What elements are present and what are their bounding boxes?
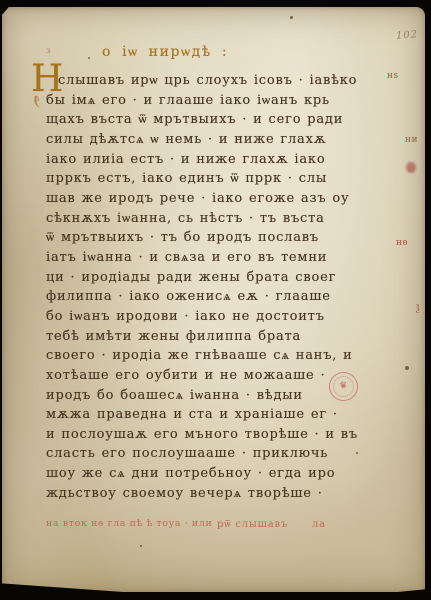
margin-section-number: нѳ <box>396 238 408 248</box>
manuscript-line: іако илиіа естъ · и ниже глахѫ іако <box>46 150 376 170</box>
left-margin-mark: з <box>35 94 40 103</box>
margin-section-number: нѕ <box>387 71 399 81</box>
manuscript-line: хотѣаше его оубити и не можааше · <box>46 366 376 386</box>
manuscript-line: и послоушаѫ его мъного творѣше · и въ <box>46 425 376 445</box>
margin-section-number: ни <box>405 135 418 145</box>
manuscript-line: силы дѣѫтсѧ ѡ немь · и ниже глахѫ <box>46 130 376 150</box>
manuscript-line: шав же иродъ рече · іако егоже азъ оу <box>46 189 376 209</box>
manuscript-line: тебѣ имѣти жены филиппа брата <box>46 327 376 347</box>
folio-number: 102 <box>396 29 419 42</box>
manuscript-line: бо іѡанъ иродови · іако не достоитъ <box>46 307 376 327</box>
manuscript-line: филиппа · іако оженисѧ еѫ · глааше <box>46 287 376 307</box>
left-margin-mark: з <box>46 46 51 55</box>
ink-speck <box>88 57 90 59</box>
manuscript-text-block: слышавъ ирѡ црь слоухъ ісовъ · іавѣкобы … <box>46 71 376 503</box>
ink-speck <box>140 545 142 547</box>
stamp-emblem-icon: ♛ <box>331 374 356 399</box>
ink-speck <box>66 182 68 184</box>
ink-speck <box>290 16 293 19</box>
manuscript-line: шоу же сѧ дни потребьноу · егда иро <box>46 464 376 484</box>
manuscript-line: своего · иродіа же гнѣвааше сѧ нанъ, и <box>46 346 376 366</box>
manuscript-line: прркъ естъ, іако единъ ѿ пррк · слы <box>46 169 376 189</box>
ink-speck <box>405 366 409 370</box>
margin-section-number: ѯ <box>416 303 420 314</box>
ink-speck <box>238 136 240 138</box>
manuscript-line: бы імѧ его · и глааше іако іѡанъ крь <box>46 91 376 111</box>
manuscript-line: сласть его послоушааше · приключь <box>46 444 376 464</box>
photo-background: 102 о іѡ нирѡдѣ : Н слышавъ ирѡ црь слоу… <box>0 0 431 600</box>
ink-speck <box>356 452 358 454</box>
liturgical-rubric-incipit: рѿ слышавъ <box>217 519 288 530</box>
liturgical-rubric-number: ла <box>312 519 326 530</box>
manuscript-line: иродъ бо боашесѧ іѡанна · вѣдыи <box>46 386 376 406</box>
manuscript-line: ци · иродіады ради жены брата своег <box>46 268 376 288</box>
manuscript-line: сѣкнѫхъ іѡанна, сь нѣстъ · тъ въста <box>46 209 376 229</box>
manuscript-line: слышавъ ирѡ црь слоухъ ісовъ · іавѣко <box>46 71 376 91</box>
manuscript-line: іатъ іѡанна · и свѧза и его въ темни <box>46 248 376 268</box>
manuscript-line: ждьствоу своемоу вечерѧ творѣше · <box>46 484 376 504</box>
red-ink-stain <box>406 162 416 173</box>
chapter-heading: о іѡ нирѡдѣ : <box>102 44 228 61</box>
manuscript-line: щахъ въста ѿ мрътвыихъ · и сего ради <box>46 110 376 130</box>
manuscript-line: мѫжа праведна и ста и храніаше ег · <box>46 405 376 425</box>
liturgical-rubric-left: на вток нѳ гла пѣ ѣ тоуа · или <box>46 518 212 529</box>
manuscript-line: ѿ мрътвыихъ · тъ бо иродъ пославъ <box>46 228 376 248</box>
